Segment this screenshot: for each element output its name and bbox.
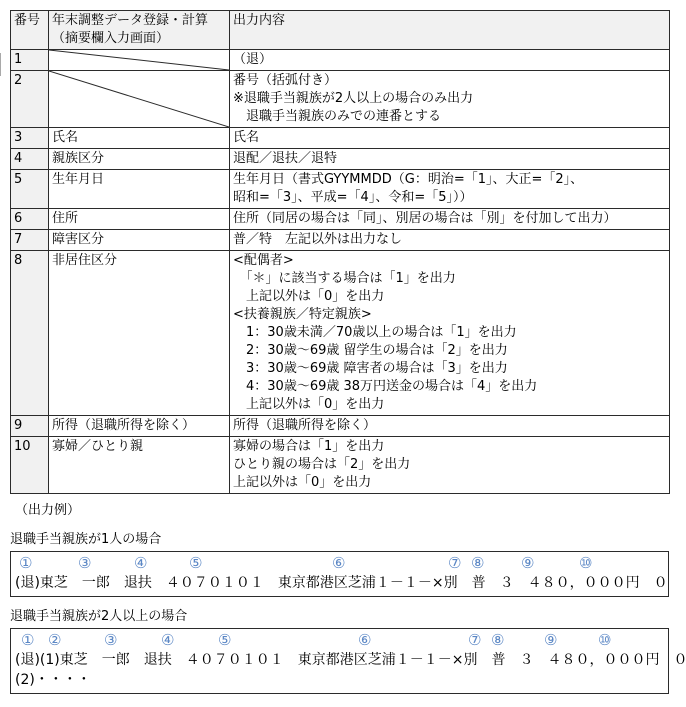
row-number-cell: 10 <box>11 437 49 494</box>
output-content-cell: 生年月日（書式GYYMMDD（G：明治=「1」、大正=「2」、昭和=「3」、平成… <box>230 170 670 209</box>
output-content-line: 所得（退職所得を除く） <box>233 417 666 435</box>
table-row: 7障害区分普／特 左記以外は出力なし <box>11 230 670 251</box>
row-number-cell: 6 <box>11 209 49 230</box>
circled-number: ⑨ <box>544 630 557 650</box>
output-content-line: 上記以外は「0」を出力 <box>233 288 666 306</box>
input-screen-label-cell: 所得（退職所得を除く） <box>49 416 230 437</box>
output-content-line: 「＊」に該当する場合は「1」を出力 <box>233 270 666 288</box>
header-input-screen-line1: 年末調整データ登録・計算 <box>52 12 226 30</box>
circled-number: ③ <box>104 630 117 650</box>
output-content-line: <扶養親族／特定親族> <box>233 306 666 324</box>
row-number-cell: 5 <box>11 170 49 209</box>
output-content-line: 上記以外は「0」を出力 <box>233 474 666 492</box>
output-content-line: ひとり親の場合は「2」を出力 <box>233 456 666 474</box>
output-content-cell: 普／特 左記以外は出力なし <box>230 230 670 251</box>
row-number-cell: 7 <box>11 230 49 251</box>
output-spec-page: 番号 年末調整データ登録・計算 （摘要欄入力画面） 出力内容 1（退）2番号（括… <box>0 0 686 707</box>
table-row: 5生年月日生年月日（書式GYYMMDD（G：明治=「1」、大正=「2」、昭和=「… <box>11 170 670 209</box>
output-examples-section: （出力例） 退職手当親族が1人の場合 ①③④⑤⑥⑦⑧⑨⑩ (退)東芝 一郎 退扶… <box>10 502 669 694</box>
output-content-line: 住所（同居の場合は「同」、別居の場合は「別」を付加して出力） <box>233 210 666 228</box>
input-screen-label: 寡婦／ひとり親 <box>52 438 226 456</box>
circled-number: ⑨ <box>521 553 534 573</box>
circled-number: ⑧ <box>471 553 484 573</box>
output-content-line: 寡婦の場合は「1」を出力 <box>233 438 666 456</box>
example2-caption: 退職手当親族が2人以上の場合 <box>10 608 669 626</box>
table-row: 10寡婦／ひとり親寡婦の場合は「1」を出力ひとり親の場合は「2」を出力上記以外は… <box>11 437 670 494</box>
table-row: 6住所住所（同居の場合は「同」、別居の場合は「別」を付加して出力） <box>11 209 670 230</box>
left-edge-artifact <box>0 53 1 76</box>
output-content-cell: 寡婦の場合は「1」を出力ひとり親の場合は「2」を出力上記以外は「0」を出力 <box>230 437 670 494</box>
table-row: 3氏名氏名 <box>11 128 670 149</box>
output-content-line: 氏名 <box>233 129 666 147</box>
input-screen-label: 親族区分 <box>52 150 226 168</box>
output-spec-table: 番号 年末調整データ登録・計算 （摘要欄入力画面） 出力内容 1（退）2番号（括… <box>10 10 670 494</box>
circled-number: ① <box>21 630 34 650</box>
table-row: 9所得（退職所得を除く）所得（退職所得を除く） <box>11 416 670 437</box>
row-number-cell: 1 <box>11 50 49 71</box>
output-content-line: ※退職手当親族が2人以上の場合のみ出力 <box>233 90 666 108</box>
input-screen-label-cell: 非居住区分 <box>49 251 230 416</box>
example-output-line: (2)・・・・ <box>15 670 664 690</box>
circled-number: ④ <box>134 553 147 573</box>
table-row: 4親族区分退配／退扶／退特 <box>11 149 670 170</box>
input-screen-label-cell: 生年月日 <box>49 170 230 209</box>
output-content-line: 3：30歳～69歳 障害者の場合は「3」を出力 <box>233 360 666 378</box>
circled-number: ⑥ <box>332 553 345 573</box>
spec-table-body: 1（退）2番号（括弧付き）※退職手当親族が2人以上の場合のみ出力 退職手当親族の… <box>11 50 670 494</box>
header-no: 番号 <box>11 11 49 50</box>
output-content-line: 退配／退扶／退特 <box>233 150 666 168</box>
row-number-cell: 2 <box>11 71 49 128</box>
circled-number: ⑤ <box>189 553 202 573</box>
example-box-2: ①②③④⑤⑥⑦⑧⑨⑩ (退)(1)東芝 一郎 退扶 ４０７０１０１ 東京都港区芝… <box>10 628 669 694</box>
output-content-cell: 氏名 <box>230 128 670 149</box>
circled-number: ⑧ <box>491 630 504 650</box>
input-screen-label: 生年月日 <box>52 171 226 189</box>
output-content-cell: 所得（退職所得を除く） <box>230 416 670 437</box>
output-content-line: 番号（括弧付き） <box>233 72 666 90</box>
input-screen-label: 住所 <box>52 210 226 228</box>
output-content-line: 退職手当親族のみでの連番とする <box>233 108 666 126</box>
output-content-cell: （退） <box>230 50 670 71</box>
row-number-cell: 9 <box>11 416 49 437</box>
diagonal-cell <box>49 71 230 128</box>
output-content-line: 2：30歳～69歳 留学生の場合は「2」を出力 <box>233 342 666 360</box>
circled-number: ③ <box>78 553 91 573</box>
input-screen-label-cell: 氏名 <box>49 128 230 149</box>
circled-number: ② <box>48 630 61 650</box>
input-screen-label: 非居住区分 <box>52 252 226 270</box>
output-content-cell: 住所（同居の場合は「同」、別居の場合は「別」を付加して出力） <box>230 209 670 230</box>
output-content-line: 1：30歳未満／70歳以上の場合は「1」を出力 <box>233 324 666 342</box>
example1-lines: (退)東芝 一郎 退扶 ４０７０１０１ 東京都港区芝浦１－１－×別 普 ３ ４８… <box>15 573 664 593</box>
circled-number: ⑩ <box>579 553 592 573</box>
circled-number: ⑦ <box>448 553 461 573</box>
input-screen-label-cell: 親族区分 <box>49 149 230 170</box>
header-input-screen: 年末調整データ登録・計算 （摘要欄入力画面） <box>49 11 230 50</box>
row-number-cell: 4 <box>11 149 49 170</box>
diagonal-line <box>49 71 229 127</box>
example1-markers: ①③④⑤⑥⑦⑧⑨⑩ <box>15 553 664 573</box>
examples-title: （出力例） <box>15 502 669 520</box>
circled-number: ⑤ <box>218 630 231 650</box>
output-content-line: 普／特 左記以外は出力なし <box>233 231 666 249</box>
example2-markers: ①②③④⑤⑥⑦⑧⑨⑩ <box>15 630 664 650</box>
row-number-cell: 3 <box>11 128 49 149</box>
circled-number: ① <box>19 553 32 573</box>
circled-number: ⑥ <box>358 630 371 650</box>
example1-caption: 退職手当親族が1人の場合 <box>10 531 669 549</box>
input-screen-label: 所得（退職所得を除く） <box>52 417 226 435</box>
circled-number: ⑩ <box>598 630 611 650</box>
input-screen-label-cell: 障害区分 <box>49 230 230 251</box>
table-row: 8非居住区分<配偶者> 「＊」に該当する場合は「1」を出力 上記以外は「0」を出… <box>11 251 670 416</box>
example2-lines: (退)(1)東芝 一郎 退扶 ４０７０１０１ 東京都港区芝浦１－１－×別 普 ３… <box>15 650 664 690</box>
circled-number: ④ <box>161 630 174 650</box>
output-content-line: 4：30歳～69歳 38万円送金の場合は「4」を出力 <box>233 378 666 396</box>
output-content-cell: 退配／退扶／退特 <box>230 149 670 170</box>
input-screen-label-cell: 寡婦／ひとり親 <box>49 437 230 494</box>
example-box-1: ①③④⑤⑥⑦⑧⑨⑩ (退)東芝 一郎 退扶 ４０７０１０１ 東京都港区芝浦１－１… <box>10 551 669 597</box>
table-row: 1（退） <box>11 50 670 71</box>
circled-number: ⑦ <box>468 630 481 650</box>
diagonal-cell <box>49 50 230 71</box>
header-input-screen-line2: （摘要欄入力画面） <box>52 30 226 48</box>
output-content-line: （退） <box>233 51 666 69</box>
example-output-line: (退)東芝 一郎 退扶 ４０７０１０１ 東京都港区芝浦１－１－×別 普 ３ ４８… <box>15 573 664 593</box>
table-header-row: 番号 年末調整データ登録・計算 （摘要欄入力画面） 出力内容 <box>11 11 670 50</box>
input-screen-label-cell: 住所 <box>49 209 230 230</box>
header-output-content: 出力内容 <box>230 11 670 50</box>
output-content-line: 上記以外は「0」を出力 <box>233 396 666 414</box>
input-screen-label: 障害区分 <box>52 231 226 249</box>
row-number-cell: 8 <box>11 251 49 416</box>
input-screen-label: 氏名 <box>52 129 226 147</box>
example-output-line: (退)(1)東芝 一郎 退扶 ４０７０１０１ 東京都港区芝浦１－１－×別 普 ３… <box>15 650 664 670</box>
output-content-line: <配偶者> <box>233 252 666 270</box>
diagonal-line <box>49 50 229 70</box>
output-content-line: 生年月日（書式GYYMMDD（G：明治=「1」、大正=「2」、 <box>233 171 666 189</box>
table-row: 2番号（括弧付き）※退職手当親族が2人以上の場合のみ出力 退職手当親族のみでの連… <box>11 71 670 128</box>
output-content-line: 昭和=「3」、平成=「4」、令和=「5」）） <box>233 189 666 207</box>
output-content-cell: <配偶者> 「＊」に該当する場合は「1」を出力 上記以外は「0」を出力<扶養親族… <box>230 251 670 416</box>
output-content-cell: 番号（括弧付き）※退職手当親族が2人以上の場合のみ出力 退職手当親族のみでの連番… <box>230 71 670 128</box>
